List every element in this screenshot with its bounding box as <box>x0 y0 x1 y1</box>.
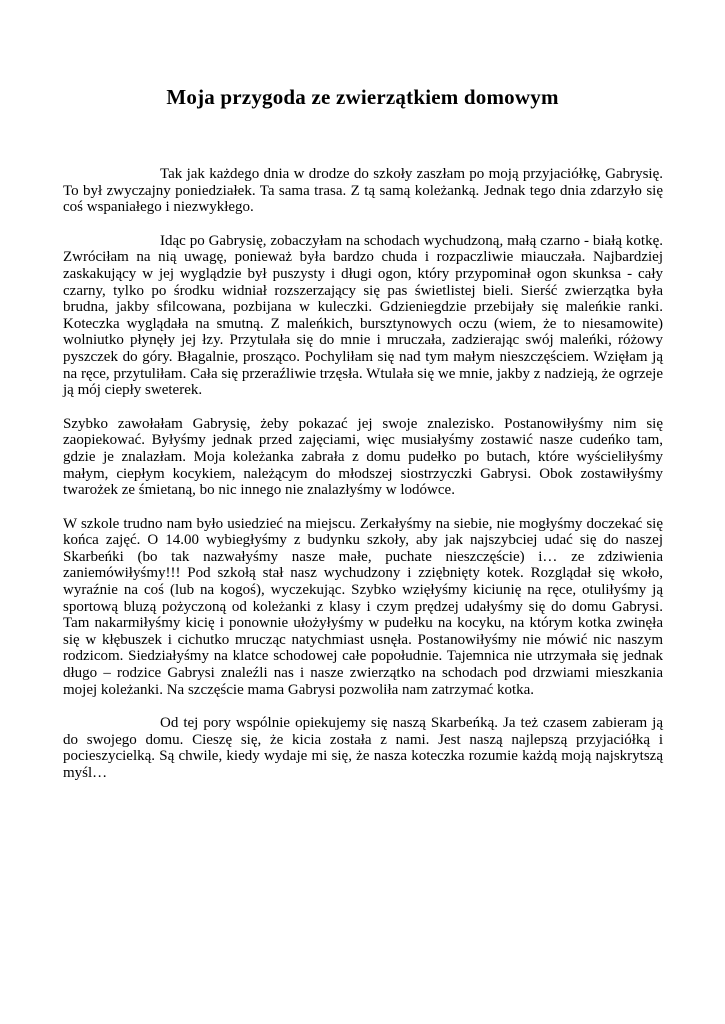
paragraph-finding-kitten: Idąc po Gabrysię, zobaczyłam na schodach… <box>63 233 663 399</box>
document-title: Moja przygoda ze zwierzątkiem domowym <box>0 0 725 110</box>
paragraph-taking-care: Szybko zawołałam Gabrysię, żeby pokazać … <box>63 416 663 499</box>
document-body: Tak jak każdego dnia w drodze do szkoły … <box>63 166 663 782</box>
paragraph-intro: Tak jak każdego dnia w drodze do szkoły … <box>63 166 663 216</box>
paragraph-conclusion: Od tej pory wspólnie opiekujemy się nasz… <box>63 715 663 781</box>
paragraph-after-school: W szkole trudno nam było usiedzieć na mi… <box>63 516 663 699</box>
document-page: Moja przygoda ze zwierzątkiem domowym Ta… <box>0 0 725 1024</box>
